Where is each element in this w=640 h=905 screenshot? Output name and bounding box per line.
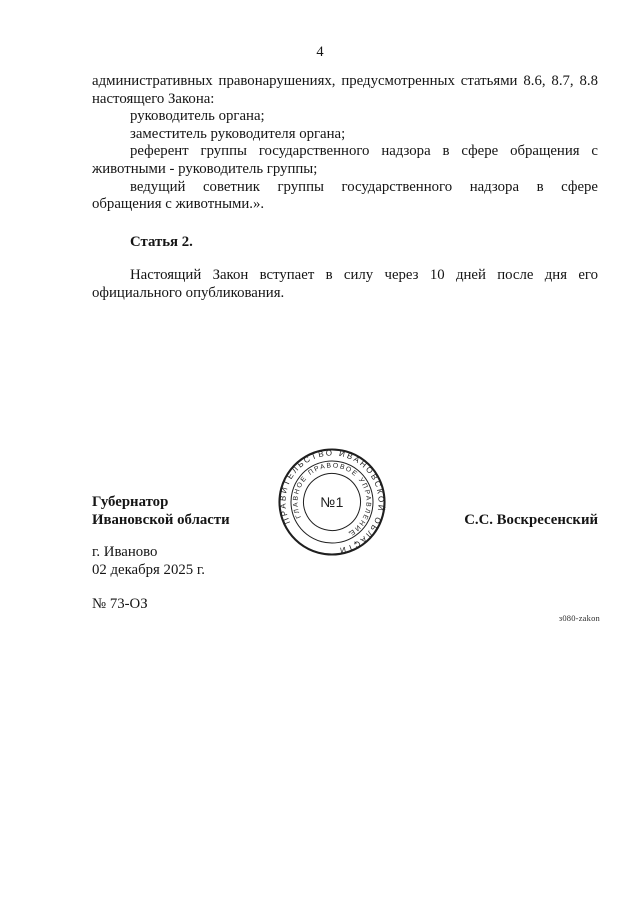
signer-name: С.С. Воскресенский xyxy=(464,512,598,529)
signature-place-date: г. Иваново 02 декабря 2025 г. xyxy=(92,544,205,579)
signer-title-line2: Ивановской области xyxy=(92,512,230,530)
body-line: заместитель руководителя органа; xyxy=(92,126,598,144)
footer-file-code: з080-zakon xyxy=(559,613,600,623)
document-page: 4 административных правонарушениях, пред… xyxy=(0,0,640,905)
document-number: № 73-ОЗ xyxy=(92,596,148,613)
page-number: 4 xyxy=(0,44,640,61)
article-line: Настоящий Закон вступает в силу через 10… xyxy=(92,267,598,285)
stamp-center-number: №1 xyxy=(320,494,344,510)
article-heading: Статья 2. xyxy=(92,234,598,252)
signature-date: 02 декабря 2025 г. xyxy=(92,562,205,580)
body-line: животными - руководитель группы; xyxy=(92,161,598,179)
signer-title-line1: Губернатор xyxy=(92,494,230,512)
body-line: референт группы государственного надзора… xyxy=(92,143,598,161)
document-body: административных правонарушениях, предус… xyxy=(92,73,598,303)
body-line: ведущий советник группы государственного… xyxy=(92,179,598,197)
body-line: руководитель органа; xyxy=(92,108,598,126)
body-line: административных правонарушениях, предус… xyxy=(92,73,598,91)
body-line: настоящего Закона: xyxy=(92,91,598,109)
signature-city: г. Иваново xyxy=(92,544,205,562)
signer-title: Губернатор Ивановской области xyxy=(92,494,230,529)
body-line: обращения с животными.». xyxy=(92,196,598,214)
official-stamp: ПРАВИТЕЛЬСТВО ИВАНОВСКОЙ ОБЛАСТИ ГЛАВНОЕ… xyxy=(276,446,388,558)
article-line: официального опубликования. xyxy=(92,285,598,303)
